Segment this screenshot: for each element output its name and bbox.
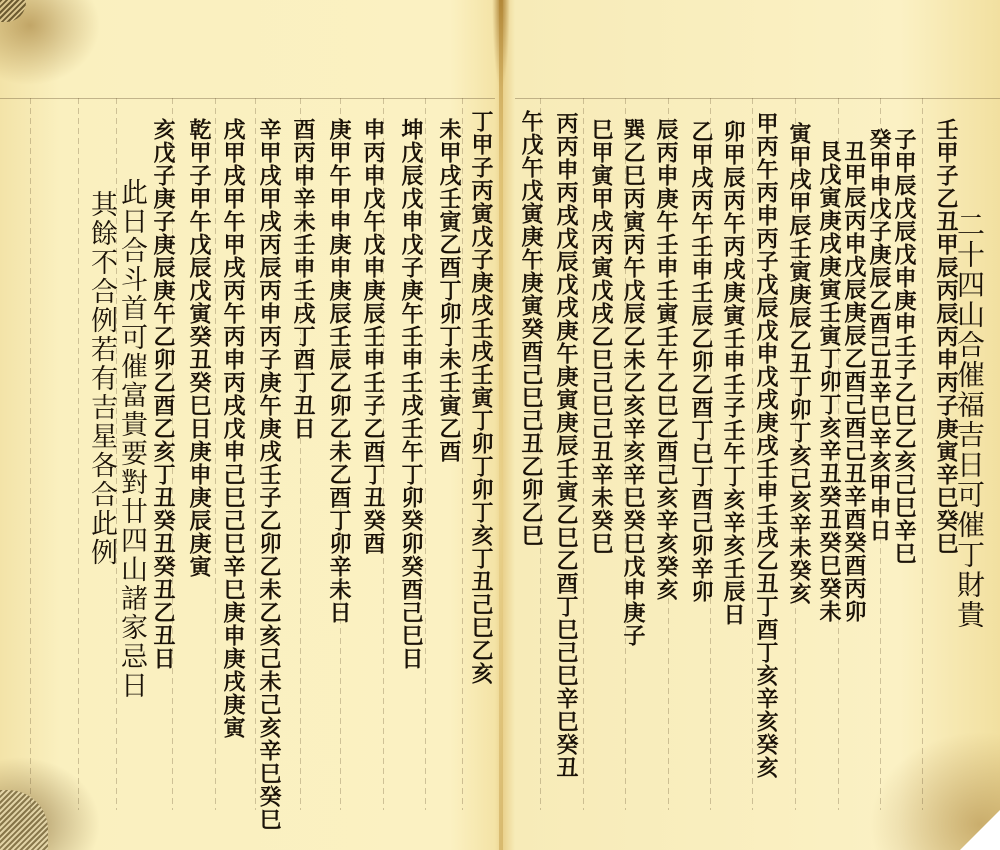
ruled-top-line-left xyxy=(0,98,495,99)
text-column: 辰丙申庚午壬申壬寅壬午乙巳乙酉己亥辛亥癸亥 xyxy=(655,118,677,601)
text-column: 癸甲申戊子庚辰乙酉己丑辛巳辛亥甲申日 xyxy=(868,128,890,542)
book-gutter xyxy=(499,0,503,850)
column-rule xyxy=(215,98,216,810)
column-rule xyxy=(583,98,584,810)
column-rule xyxy=(78,98,79,810)
column-rule xyxy=(922,98,923,810)
text-column: 乾甲子甲午戊辰戊寅癸丑癸巳日庚申庚辰庚寅 xyxy=(188,118,210,578)
text-column: 此日合斗首可催富貴要對廿四山諸家忌日 xyxy=(118,178,145,700)
text-column: 戌甲戌甲午甲戌丙午丙申丙戌戊申己巳己巳辛巳庚申庚戌庚寅 xyxy=(222,118,244,739)
text-column: 寅甲戌甲辰壬寅庚辰乙丑丁卯丁亥己亥辛未癸亥 xyxy=(788,122,810,605)
text-column: 丁甲子丙寅戊子庚戌壬戌壬寅丁卯丁卯丁亥丁丑己巳乙亥 xyxy=(470,110,492,685)
ruled-top-line-right xyxy=(515,98,1000,99)
text-column: 未甲戌壬寅乙酉丁卯丁未壬寅乙酉 xyxy=(438,118,460,463)
text-column: 申丙申戊午戊申庚辰壬申壬子乙酉丁丑癸酉 xyxy=(362,118,384,555)
column-rule xyxy=(462,98,463,810)
column-rule xyxy=(30,98,31,810)
text-column: 丙丙申丙戌戊辰戊戌庚午庚寅庚辰壬寅乙巳乙酉丁巳己巳辛巳癸丑 xyxy=(555,112,577,779)
text-column: 午戊午戊寅庚午庚寅癸酉己巳己丑乙卯乙巳 xyxy=(520,110,542,547)
page-title: 二十四山合催福吉日可催丁財貴 xyxy=(955,210,983,630)
text-column: 丑甲辰丙申戊辰庚辰乙酉己酉己丑辛酉癸酉丙卯 xyxy=(843,140,865,623)
text-column: 卯甲辰丙午丙戌庚寅壬申壬子壬午丁亥辛亥壬辰日 xyxy=(722,120,744,626)
text-column: 子甲辰戊辰戊申庚申壬子乙巳乙亥己巳辛巳 xyxy=(893,128,915,565)
text-column: 坤戊辰戊申戊子庚午壬申壬戌壬午丁卯癸卯癸酉己巳日 xyxy=(400,118,422,670)
text-column: 艮戊寅庚戌庚寅壬寅丁卯丁亥辛丑癸丑癸巳癸未 xyxy=(818,140,840,623)
torn-corner-bottom-right xyxy=(960,810,1000,850)
text-column: 乙甲戌丙午壬申壬辰乙卯乙酉丁巳丁酉己卯辛卯 xyxy=(690,120,712,603)
text-column: 其餘不合例若有吉星各合此例 xyxy=(88,190,115,567)
text-column: 甲丙午丙申丙子戊辰戊申戊戌庚戌壬申壬戌乙丑丁酉丁亥辛亥癸亥 xyxy=(755,112,777,779)
column-rule xyxy=(425,98,426,810)
text-column: 巳甲寅甲戌丙寅戊戌乙巳己巳己丑辛未癸巳 xyxy=(590,118,612,555)
text-column: 亥戊子庚子庚辰庚午乙卯乙酉乙亥丁丑癸丑癸丑乙丑日 xyxy=(152,118,174,670)
text-column: 壬甲子乙丑甲辰丙辰丙申丙子庚寅辛巳癸巳 xyxy=(935,118,957,555)
text-column: 巽乙巳丙寅丙午戊辰乙未乙亥辛亥辛巳癸巳戊申庚子 xyxy=(622,118,644,647)
text-column: 庚甲午甲申庚申庚辰壬辰乙卯乙未乙酉丁卯辛未日 xyxy=(328,118,350,624)
text-column: 辛甲戌甲戌丙辰丙申丙子庚午庚戌壬子乙卯乙未乙亥己未己亥辛巳癸巳 xyxy=(258,118,280,831)
text-column: 酉丙申辛未壬申壬戌丁酉丁丑日 xyxy=(292,118,314,440)
